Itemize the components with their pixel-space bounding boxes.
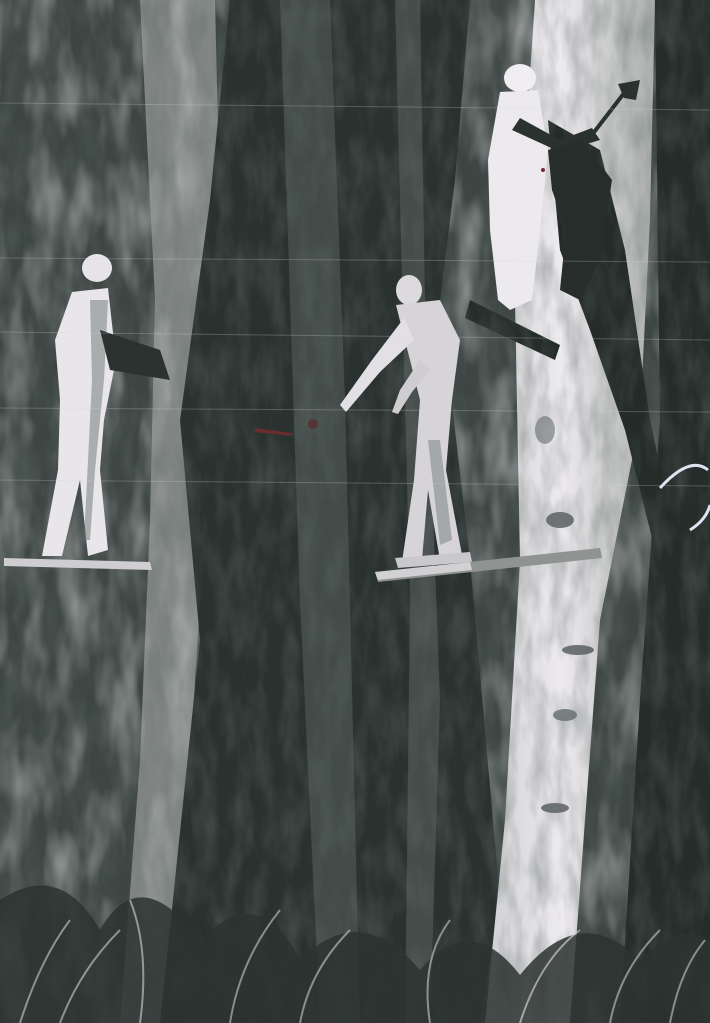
photograph: Vintage black-and-white photograph of th… bbox=[0, 0, 710, 1023]
photo-scene bbox=[0, 0, 710, 1023]
